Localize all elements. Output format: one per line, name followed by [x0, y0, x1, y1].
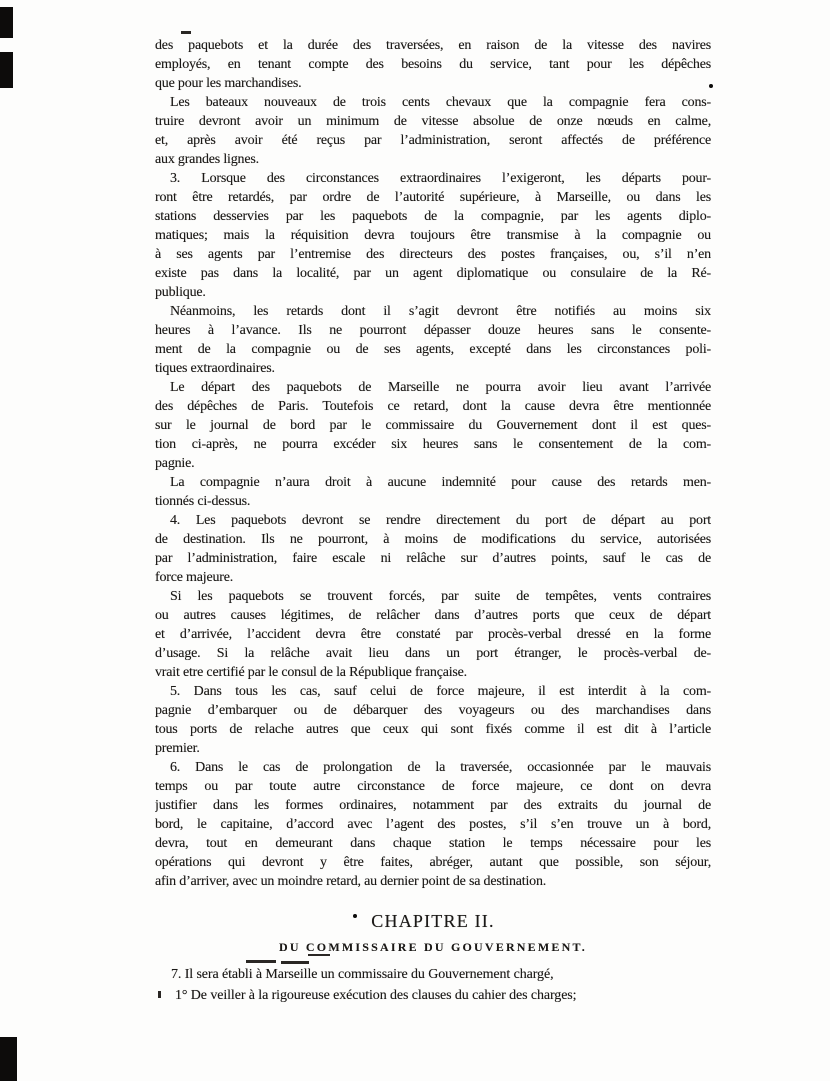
- text-line: et d’arrivée, l’accident devra être cons…: [155, 625, 711, 644]
- text-line: 4. Les paquebots devront se rendre direc…: [155, 511, 711, 530]
- text-line: d’usage. Si la relâche avait lieu dans u…: [155, 644, 711, 663]
- text-line: stations desservies par les paquebots de…: [155, 207, 711, 226]
- text-line: ment de la compagnie ou de ses agents, e…: [155, 340, 711, 359]
- body-text: des paquebots et la durée des traversées…: [155, 36, 711, 891]
- scan-artifact-edge-block-bottom: [0, 1037, 17, 1081]
- text-line: temps ou par toute autre circonstance de…: [155, 777, 711, 796]
- text-line: que pour les marchandises.: [155, 74, 711, 93]
- scan-artifact-stray-dash-top: [181, 31, 191, 34]
- closing-line: 7. Il sera établi à Marseille un commiss…: [155, 964, 711, 985]
- text-line: afin d’arriver, avec un moindre retard, …: [155, 872, 711, 891]
- chapter-subheading: DU COMMISSAIRE DU GOUVERNEMENT.: [155, 940, 711, 954]
- text-line: Les bateaux nouveaux de trois cents chev…: [155, 93, 711, 112]
- closing-line: 1° De veiller à la rigoureuse exécution …: [155, 985, 711, 1006]
- text-line: tous ports de relache autres que ceux qu…: [155, 720, 711, 739]
- text-line: des paquebots et la durée des traversées…: [155, 36, 711, 55]
- text-line: truire devront avoir un minimum de vites…: [155, 112, 711, 131]
- closing-lines: 7. Il sera établi à Marseille un commiss…: [155, 964, 711, 1006]
- scanned-document-page: des paquebots et la durée des traversées…: [0, 0, 830, 1081]
- text-line: publique.: [155, 283, 711, 302]
- text-line: existe pas dans la localité, par un agen…: [155, 264, 711, 283]
- text-line: bord, le capitaine, d’accord avec l’agen…: [155, 815, 711, 834]
- text-line: heures à l’avance. Ils ne pourront dépas…: [155, 321, 711, 340]
- text-line: 6. Dans le cas de prolongation de la tra…: [155, 758, 711, 777]
- text-line: à ses agents par l’entremise des directe…: [155, 245, 711, 264]
- text-line: et, après avoir été reçus par l’administ…: [155, 131, 711, 150]
- text-line: pagnie d’embarquer ou de débarquer des v…: [155, 701, 711, 720]
- text-column: des paquebots et la durée des traversées…: [155, 36, 711, 1006]
- text-line: employés, en tenant compte des besoins d…: [155, 55, 711, 74]
- text-line: tion ci-après, ne pourra excéder six heu…: [155, 435, 711, 454]
- text-line: aux grandes lignes.: [155, 150, 711, 169]
- text-line: 3. Lorsque des circonstances extraordina…: [155, 169, 711, 188]
- text-line: des dépêches de Paris. Toutefois ce reta…: [155, 397, 711, 416]
- text-line: tionnés ci-dessus.: [155, 492, 711, 511]
- text-line: ou autres causes légitimes, de relâcher …: [155, 606, 711, 625]
- text-line: Le départ des paquebots de Marseille ne …: [155, 378, 711, 397]
- text-line: tiques extraordinaires.: [155, 359, 711, 378]
- scan-artifact-edge-block-top-1: [0, 7, 13, 38]
- text-line: de destination. Ils ne pourront, à moins…: [155, 530, 711, 549]
- text-line: force majeure.: [155, 568, 711, 587]
- text-line: 5. Dans tous les cas, sauf celui de forc…: [155, 682, 711, 701]
- chapter-heading: CHAPITRE II.: [155, 911, 711, 932]
- text-line: ront être retardés, par ordre de l’autor…: [155, 188, 711, 207]
- text-line: Néanmoins, les retards dont il s’agit de…: [155, 302, 711, 321]
- scan-artifact-edge-block-top-2: [0, 52, 13, 88]
- text-line: premier.: [155, 739, 711, 758]
- text-line: sur le journal de bord par le commissair…: [155, 416, 711, 435]
- text-line: pagnie.: [155, 454, 711, 473]
- text-line: La compagnie n’aura droit à aucune indem…: [155, 473, 711, 492]
- text-line: par l’administration, faire escale ni re…: [155, 549, 711, 568]
- text-line: vrait etre certifié par le consul de la …: [155, 663, 711, 682]
- text-line: justifier dans les formes ordinaires, no…: [155, 796, 711, 815]
- text-line: matiques; mais la réquisition devra touj…: [155, 226, 711, 245]
- text-line: devra, tout en demeurant dans chaque sta…: [155, 834, 711, 853]
- text-line: opérations qui devront y être faites, ab…: [155, 853, 711, 872]
- text-line: Si les paquebots se trouvent forcés, par…: [155, 587, 711, 606]
